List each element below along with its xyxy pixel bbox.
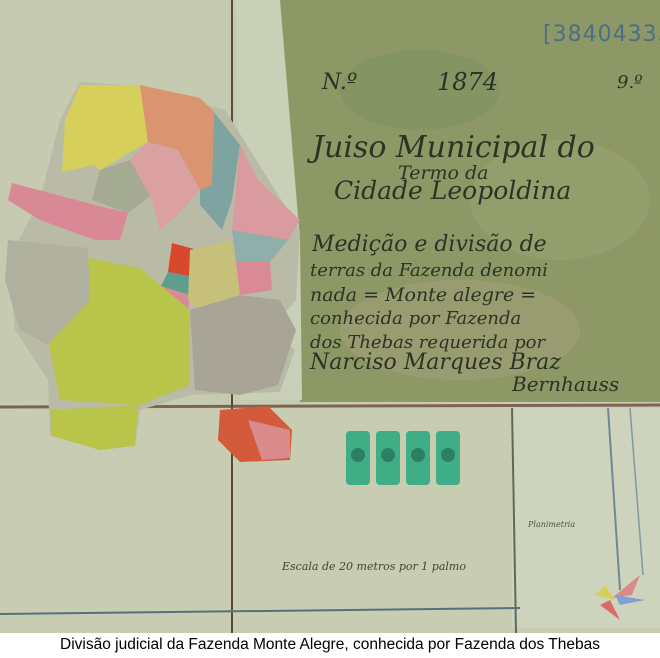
document-photo: [38404335 N.º 1874 9.º Juiso Municipal d…	[0, 0, 660, 633]
document-year: 1874	[437, 68, 498, 96]
body-line-4: conhecida por Fazenda	[310, 308, 521, 329]
signature: Bernhauss	[512, 372, 619, 396]
scale-note: Escala de 20 metros por 1 palmo	[282, 560, 466, 573]
title-line-1: Juiso Municipal do	[312, 130, 595, 165]
body-line-1: Medição e divisão de	[312, 232, 547, 257]
body-line-3: nada = Monte alegre =	[310, 284, 536, 306]
header-number-label: N.º	[322, 70, 357, 95]
body-line-2: terras da Fazenda denomi	[310, 260, 548, 281]
title-line-3: Cidade Leopoldina	[334, 176, 571, 205]
image-caption: Divisão judicial da Fazenda Monte Alegre…	[0, 633, 660, 658]
catalog-number: [38404335	[543, 22, 660, 47]
header-page-label: 9.º	[617, 72, 643, 93]
side-note: Planimetria	[528, 520, 575, 529]
